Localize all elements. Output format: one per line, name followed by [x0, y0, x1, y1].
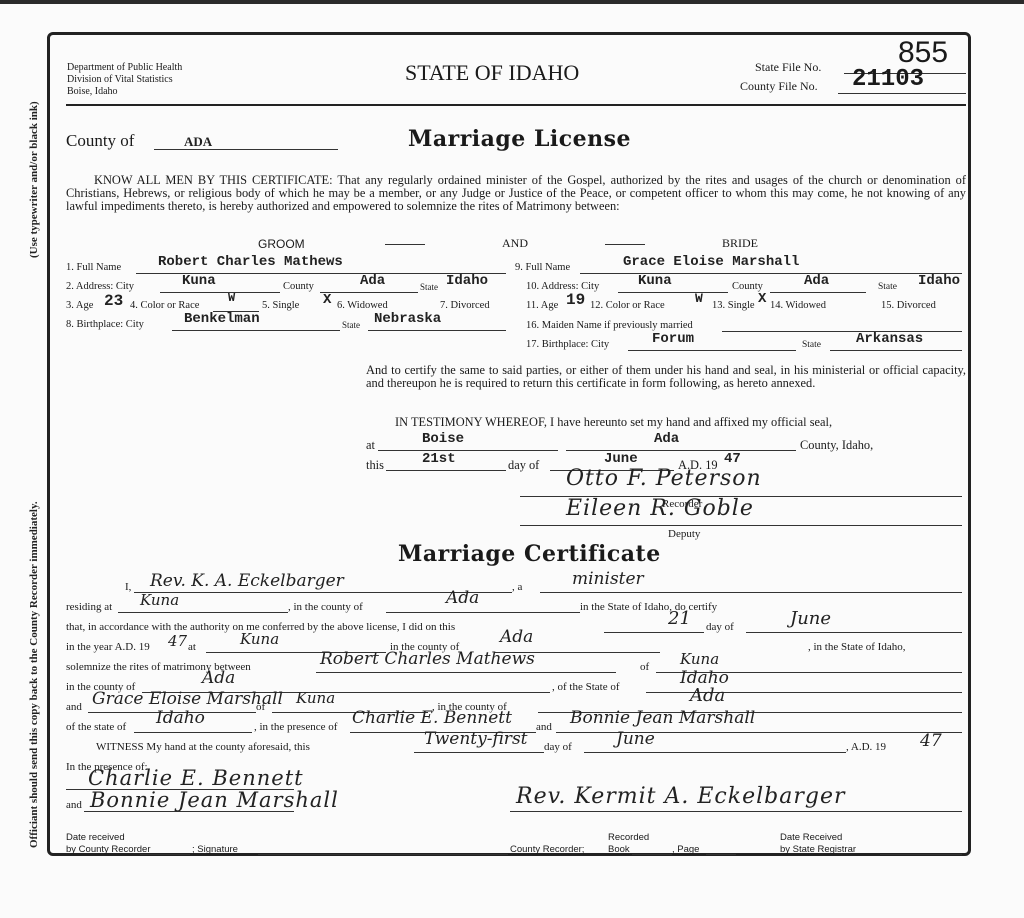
bride-maiden-line: [722, 331, 962, 332]
groom-age: 23: [104, 292, 123, 310]
footer-page-label: , Page: [672, 844, 699, 856]
groom-age-label: 3. Age: [66, 300, 93, 311]
footer-recorded-label: Recorded: [608, 832, 649, 844]
testimony-month: June: [604, 451, 638, 467]
license-preamble: KNOW ALL MEN BY THIS CERTIFICATE: That a…: [66, 174, 966, 213]
witness-day-line: [414, 752, 544, 753]
heading-dash-2: [605, 244, 645, 245]
groom-county-label: County: [283, 281, 314, 292]
of-state-label: , of the State of: [552, 681, 620, 693]
cert-day-line: [604, 632, 704, 633]
state-certify-label: in the State of Idaho, do certify: [580, 601, 717, 613]
groom-birth-city: Benkelman: [184, 311, 260, 327]
bride-state: Idaho: [918, 273, 960, 289]
groom-birth-state-label: State: [342, 320, 360, 330]
testimony-text: IN TESTIMONY WHEREOF, I have hereunto se…: [395, 416, 832, 429]
bride-name-label: 9. Full Name: [515, 262, 570, 273]
cert-witness-day: Twenty-first: [424, 729, 528, 749]
bride-age-label: 11. Age: [526, 300, 558, 311]
footer-page-line: [706, 854, 736, 855]
bride-of-label: of: [256, 701, 265, 713]
bride-race: W: [695, 291, 703, 306]
dept-line-1: Department of Public Health: [67, 62, 182, 74]
cert-day: 21: [668, 608, 691, 629]
cert-witness-month: June: [616, 729, 655, 749]
cert-month-line: [746, 632, 962, 633]
day-line: [386, 470, 506, 471]
county-label: County of: [66, 131, 134, 151]
bride-birth-state-label: State: [802, 340, 821, 350]
bride-maiden-label: 16. Maiden Name if previously married: [526, 320, 693, 331]
groom-state-label: State: [420, 282, 438, 292]
bride-birth-state: Arkansas: [856, 331, 923, 347]
residing-line: [118, 612, 288, 613]
residing-county-label: , in the county of: [288, 601, 363, 613]
bride-age: 19: [566, 291, 585, 309]
side-note-ink: (Use typewriter and/or black ink): [28, 101, 40, 258]
groom-divorced-label: 7. Divorced: [440, 300, 490, 311]
recorder-signature: Otto F. Peterson: [566, 466, 762, 491]
certificate-heading: Marriage Certificate: [398, 541, 661, 567]
county-line: [154, 149, 338, 150]
groom-race-label: 4. Color or Race: [130, 300, 199, 311]
footer-state-received-line1: Date Received: [780, 832, 856, 844]
testimony-county: Ada: [654, 431, 679, 447]
year-label: in the year A.D. 19: [66, 641, 150, 653]
bride-county: Ada: [804, 273, 829, 289]
title-line: [540, 592, 962, 593]
witness-and-label: and: [536, 721, 552, 733]
footer-county-recorder-label: County Recorder;: [510, 844, 584, 856]
footer-signature-line: [258, 854, 508, 855]
cert-groom-line: [316, 672, 616, 673]
license-heading: Marriage License: [408, 126, 631, 152]
day-of-label: day of: [508, 459, 539, 472]
groom-birthcity-line: [172, 330, 340, 331]
sig-officiant-line: [510, 811, 962, 812]
cert-bride-state: Idaho: [156, 708, 205, 728]
groom-birth-state: Nebraska: [374, 311, 441, 327]
bride-county-line: [770, 292, 866, 293]
witness-text: WITNESS My hand at the county aforesaid,…: [96, 741, 310, 753]
bride-city: Kuna: [638, 273, 672, 289]
bride-name: Grace Eloise Marshall: [623, 254, 799, 270]
county-value: ADA: [184, 134, 212, 150]
at-city-line: [378, 450, 558, 451]
bride-birth-city: Forum: [652, 331, 694, 347]
county-file-label: County File No.: [740, 79, 818, 94]
top-border-line: [0, 0, 1024, 4]
cert-i-label: I,: [125, 581, 131, 593]
cert-groom-of: Kuna: [680, 650, 719, 668]
residing-label: residing at: [66, 601, 112, 613]
dept-line-3: Boise, Idaho: [67, 86, 182, 98]
footer-state-received: Date Received by State Registrar: [780, 832, 856, 856]
groom-name-label: 1. Full Name: [66, 262, 121, 273]
bride-heading: BRIDE: [722, 236, 758, 251]
footer-county-date-line: [140, 854, 190, 855]
footer-date-received-line2: by County Recorder: [66, 844, 150, 856]
header-divider: [66, 104, 966, 106]
cert-bride-county: Ada: [690, 685, 725, 706]
cert-residing: Kuna: [140, 591, 179, 609]
cert-title: minister: [572, 569, 644, 589]
groom-name: Robert Charles Mathews: [158, 254, 343, 270]
at-label: at: [366, 439, 375, 452]
footer-book-line: [632, 854, 672, 855]
presence-label: , in the presence of: [254, 721, 337, 733]
bride-race-label: 12. Color or Race: [590, 300, 665, 311]
cert-of-label: of: [640, 661, 649, 673]
groom-county: Ada: [360, 273, 385, 289]
groom-heading: GROOM: [258, 237, 305, 251]
groom-race: W: [228, 291, 235, 305]
certify-text: And to certify the same to said parties,…: [366, 364, 966, 390]
cert-groom: Robert Charles Mathews: [320, 649, 535, 669]
dept-line-2: Division of Vital Statistics: [67, 74, 182, 86]
groom-county-line: [320, 292, 418, 293]
groom-address-label: 2. Address: City: [66, 281, 134, 292]
cert-and-label: and: [66, 701, 82, 713]
witness-day-of-label: day of: [544, 741, 572, 753]
bride-birthcity-line: [628, 350, 796, 351]
state-file-label: State File No.: [755, 60, 821, 75]
sig-and-label: and: [66, 799, 82, 811]
groom-birthstate-line: [368, 330, 506, 331]
cert-year: 47: [168, 632, 187, 650]
deputy-signature: Eileen R. Goble: [566, 496, 754, 521]
sig-witness1: Charlie E. Bennett: [88, 766, 304, 790]
department-block: Department of Public Health Division of …: [67, 62, 182, 98]
groom-city: Kuna: [182, 273, 216, 289]
residing-county-line: [386, 612, 580, 613]
cert-groom-county: Ada: [202, 668, 235, 688]
state-file-number: 855: [898, 36, 948, 70]
of-the-state-label: of the state of: [66, 721, 126, 733]
groom-widowed-label: 6. Widowed: [337, 300, 388, 311]
cert-witness2: Bonnie Jean Marshall: [570, 708, 755, 728]
cert-residing-county: Ada: [446, 588, 479, 608]
state-title: STATE OF IDAHO: [405, 60, 579, 86]
sig-officiant: Rev. Kermit A. Eckelbarger: [516, 784, 845, 809]
cert-witness1: Charlie E. Bennett: [352, 708, 512, 728]
groom-single: X: [323, 292, 331, 308]
groom-state: Idaho: [446, 273, 488, 289]
footer-signature-label: ; Signature: [192, 844, 238, 856]
cert-officiant: Rev. K. A. Eckelbarger: [150, 571, 344, 591]
cert-at-label: at: [188, 641, 196, 653]
county-file-number: 21103: [852, 66, 924, 93]
side-note-officiant: Officiant should send this copy back to …: [28, 501, 40, 848]
bride-single: X: [758, 291, 766, 307]
witness-ad-label: , A.D. 19: [846, 741, 886, 753]
bride-birthplace-label: 17. Birthplace: City: [526, 339, 609, 350]
footer-date-received-line1: Date received: [66, 832, 150, 844]
bride-widowed-label: 14. Widowed: [770, 300, 826, 311]
cert-witness-year: 47: [920, 731, 942, 751]
state-idaho-label: , in the State of Idaho,: [808, 641, 905, 653]
footer-book-label: Book: [608, 844, 630, 856]
testimony-city: Boise: [422, 431, 464, 447]
footer-date-received: Date received by County Recorder: [66, 832, 150, 856]
and-heading: AND: [502, 236, 528, 251]
bride-single-label: 13. Single: [712, 300, 755, 311]
footer-state-date-line: [880, 854, 962, 855]
bride-state-label: State: [878, 282, 897, 292]
bride-divorced-label: 15. Divorced: [881, 300, 936, 311]
deputy-line: [520, 525, 962, 526]
cert-place: Kuna: [240, 630, 279, 648]
cert-bride-of: Kuna: [296, 689, 335, 707]
county-idaho-label: County, Idaho,: [800, 439, 873, 452]
cert-place-county: Ada: [500, 627, 533, 647]
cert-a-label: , a: [512, 581, 522, 593]
this-label: this: [366, 459, 384, 472]
testimony-day: 21st: [422, 451, 456, 467]
deputy-label: Deputy: [668, 528, 700, 541]
bride-address-label: 10. Address: City: [526, 281, 599, 292]
bride-city-line: [618, 292, 728, 293]
bride-birthstate-line: [830, 350, 962, 351]
cert-bride: Grace Eloise Marshall: [92, 689, 283, 709]
cert-month: June: [790, 608, 831, 629]
sig-witness2: Bonnie Jean Marshall: [90, 788, 339, 812]
bride-state-cert-line: [134, 732, 252, 733]
at-county-line: [566, 450, 796, 451]
groom-single-label: 5. Single: [262, 300, 299, 311]
footer-state-received-line2: by State Registrar: [780, 844, 856, 856]
groom-birthplace-label: 8. Birthplace: City: [66, 319, 144, 330]
county-file-line: [838, 93, 966, 94]
witness-month-line: [584, 752, 846, 753]
groom-city-line: [160, 292, 280, 293]
cert-day-of-label: day of: [706, 621, 734, 633]
testimony-year: 47: [724, 451, 741, 467]
heading-dash-1: [385, 244, 425, 245]
